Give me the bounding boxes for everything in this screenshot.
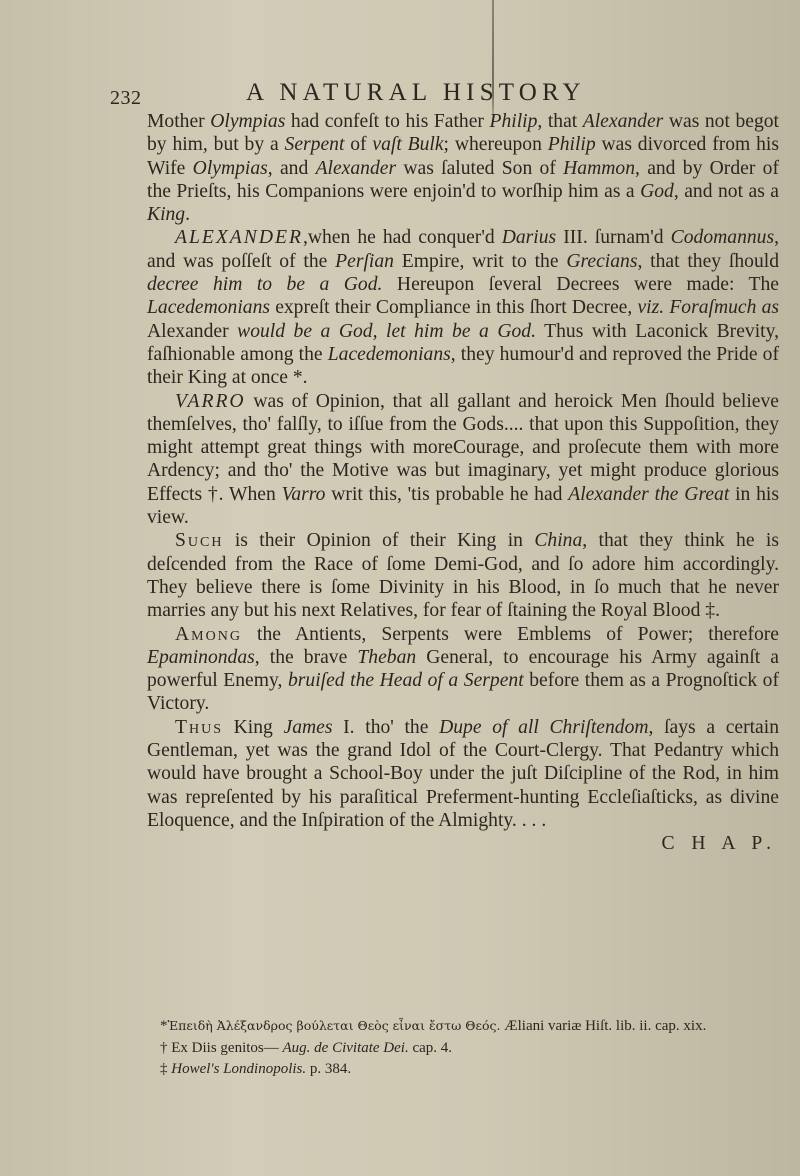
text-run: ; whereupon xyxy=(444,134,548,155)
italic-text: Lacedemonians xyxy=(328,344,451,365)
text-run: expreſt their Compliance in this ſhort D… xyxy=(270,297,637,318)
page-number: 232 xyxy=(110,87,142,110)
italic-text: God xyxy=(640,181,674,202)
text-run: ,when he had conquer'd xyxy=(303,227,502,248)
italic-text: Darius xyxy=(502,227,556,248)
italic-text: Theban xyxy=(357,647,416,668)
italic-text: Foraſmuch as xyxy=(669,297,779,318)
text-run: , that they ſhould xyxy=(637,251,779,272)
italic-text: Dupe of all Chriſtendom xyxy=(439,717,648,738)
text-run: I. tho' the xyxy=(332,717,439,738)
text-run: p. 384. xyxy=(306,1061,351,1077)
italic-text: Hammon xyxy=(563,158,635,179)
italic-text: China xyxy=(534,530,582,551)
italic-text: James xyxy=(284,717,333,738)
text-run: Empire, writ to the xyxy=(394,251,566,272)
small-caps-lead: Thus xyxy=(175,717,223,738)
text-run: . xyxy=(185,204,190,225)
small-caps-lead: Such xyxy=(175,530,223,551)
caps-italic-lead: ALEXANDER xyxy=(175,227,303,248)
italic-text: Perſian xyxy=(335,251,394,272)
italic-text: Alexander the Great xyxy=(568,484,729,505)
text-run: the Antients, Serpents were Emblems of P… xyxy=(242,624,779,645)
italic-text: Olympias xyxy=(193,158,268,179)
small-caps-lead: Among xyxy=(175,624,242,645)
text-run: Alexander xyxy=(147,321,237,342)
italic-text: viz. xyxy=(637,297,664,318)
italic-text: Philip xyxy=(489,111,537,132)
footnote-mark: * xyxy=(160,1018,168,1034)
text-run: writ this, 'tis probable he had xyxy=(325,484,568,505)
italic-text: bruiſed the Head of a Serpent xyxy=(288,670,524,691)
footnote-mark: ‡ xyxy=(160,1061,168,1077)
italic-text: Grecians xyxy=(566,251,637,272)
paragraph-alexander: ALEXANDER,when he had conquer'd Darius I… xyxy=(147,226,779,389)
italic-text: Lacedemonians xyxy=(147,297,270,318)
paragraph-antients: Among the Antients, Serpents were Emblem… xyxy=(147,623,779,716)
text-run: Æliani variæ Hiſt. lib. ii. cap. xix. xyxy=(501,1018,707,1034)
footnote-mark: † xyxy=(160,1040,168,1056)
italic-text: vaſt Bulk xyxy=(372,134,443,155)
italic-text: Alexander xyxy=(583,111,664,132)
italic-text: Alexander xyxy=(316,158,397,179)
paragraph-china: Such is their Opinion of their King in C… xyxy=(147,529,779,622)
text-run: cap. 4. xyxy=(409,1040,452,1056)
text-run: of xyxy=(344,134,372,155)
italic-text: Codomannus xyxy=(671,227,774,248)
page-header: 232 A NATURAL HISTORY xyxy=(0,79,800,109)
footnote-augustine: † Ex Diis genitos— Aug. de Civitate Dei.… xyxy=(160,1038,780,1060)
italic-text: Aug. de Civitate Dei. xyxy=(283,1040,409,1056)
text-run: is their Opinion of their King in xyxy=(223,530,534,551)
caps-italic-lead: VARRO xyxy=(175,391,246,412)
text-run: , that xyxy=(537,111,582,132)
italic-text: King xyxy=(147,204,185,225)
footnotes: *Ἐπειδὴ Ἀλέξανδρος βούλεται Θεὸς εἶναι ἔ… xyxy=(160,1015,780,1081)
text-run: Mother xyxy=(147,111,210,132)
text-run: , and not as a xyxy=(674,181,779,202)
running-title: A NATURAL HISTORY xyxy=(246,79,586,107)
paragraph-varro: VARRO was of Opinion, that all gallant a… xyxy=(147,390,779,530)
italic-text: Serpent xyxy=(285,134,345,155)
text-run: King xyxy=(223,717,284,738)
text-run: Ex Diis genitos— xyxy=(168,1040,283,1056)
text-run: was ſaluted Son of xyxy=(396,158,563,179)
italic-text: Howel's Londinopolis. xyxy=(171,1061,306,1077)
italic-text: Olympias xyxy=(210,111,285,132)
text-run: , and xyxy=(268,158,316,179)
italic-text: decree him to be a God. xyxy=(147,274,382,295)
text-run: , the brave xyxy=(255,647,358,668)
italic-text: Philip xyxy=(548,134,596,155)
greek-quotation: Ἐπειδὴ Ἀλέξανδρος βούλεται Θεὸς εἶναι ἔσ… xyxy=(168,1018,501,1033)
italic-text: Epaminondas xyxy=(147,647,255,668)
italic-text: would be a God, let him be a God. xyxy=(237,321,536,342)
catchword: C H A P. xyxy=(147,832,779,855)
paragraph-olympias: Mother Olympias had confeſt to his Fathe… xyxy=(147,110,779,226)
paragraph-king-james: Thus King James I. tho' the Dupe of all … xyxy=(147,716,779,832)
body-text: Mother Olympias had confeſt to his Fathe… xyxy=(147,110,779,856)
text-run: had confeſt to his Father xyxy=(285,111,489,132)
text-run: Hereupon ſeveral Decrees were made: The xyxy=(382,274,779,295)
italic-text: Varro xyxy=(282,484,326,505)
footnote-howel: ‡ Howel's Londinopolis. p. 384. xyxy=(160,1059,780,1081)
footnote-aelian: *Ἐπειδὴ Ἀλέξανδρος βούλεται Θεὸς εἶναι ἔ… xyxy=(160,1015,780,1038)
text-run: III. ſurnam'd xyxy=(556,227,670,248)
